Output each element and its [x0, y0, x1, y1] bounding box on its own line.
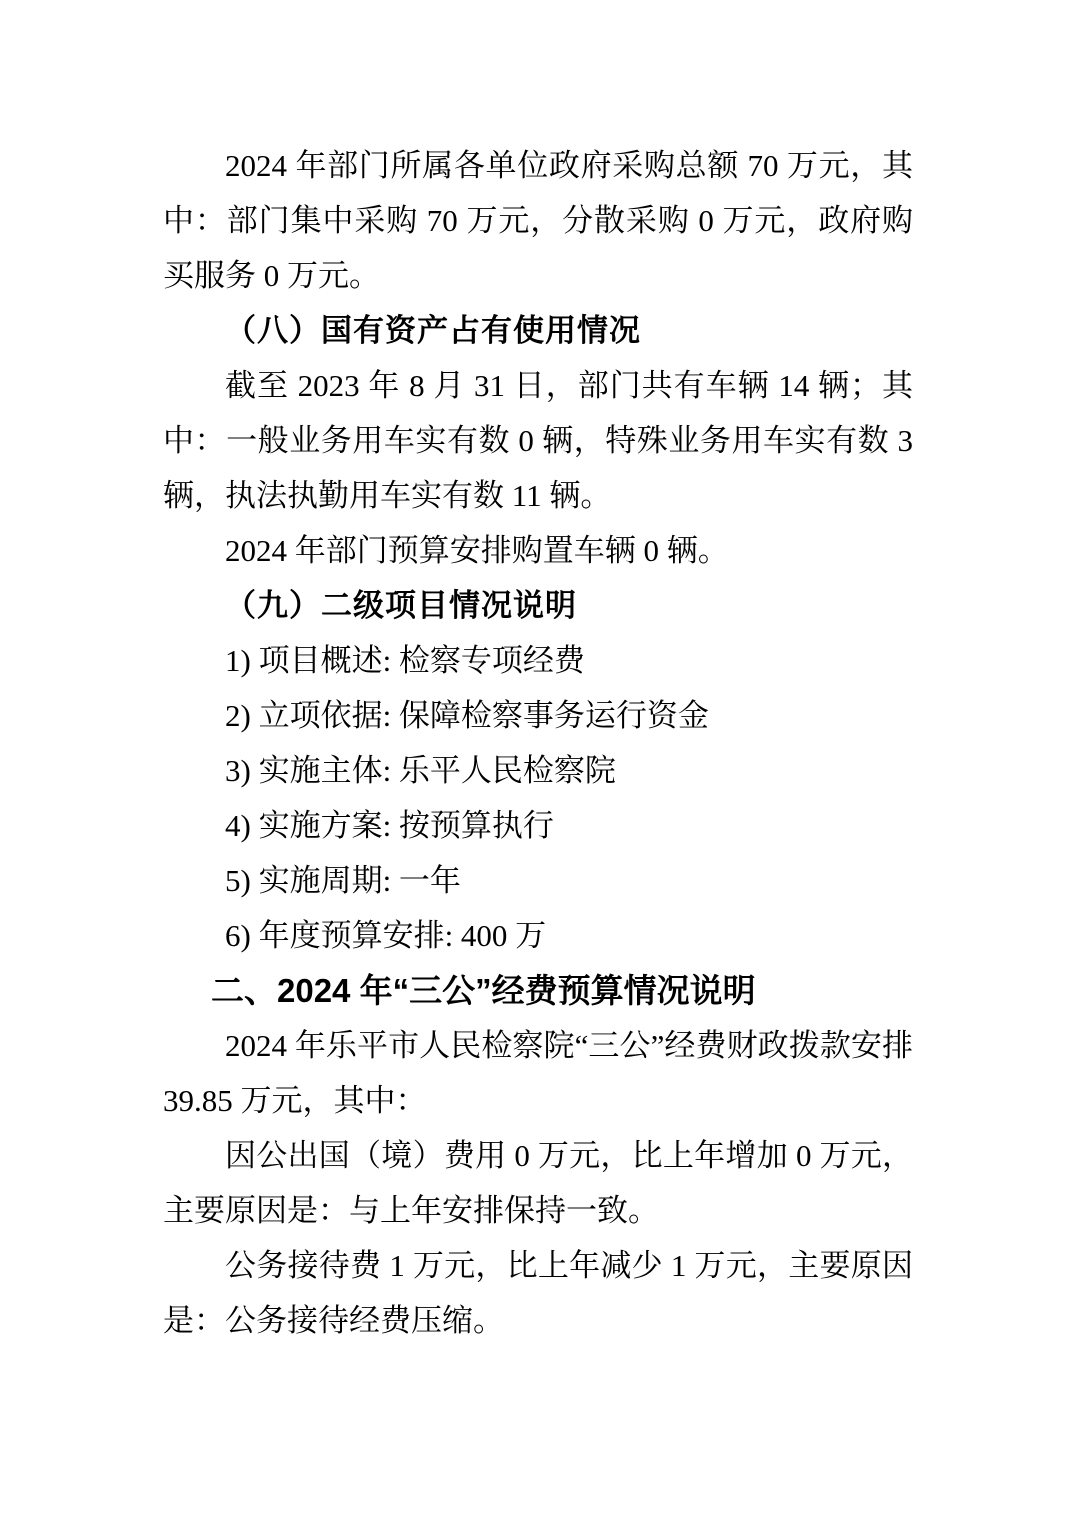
section-heading-9-project-description: （九）二级项目情况说明 [163, 578, 913, 633]
document-page: 2024 年部门所属各单位政府采购总额 70 万元，其中：部门集中采购 70 万… [0, 0, 1074, 1520]
paragraph-overseas-travel-expense: 因公出国（境）费用 0 万元，比上年增加 0 万元，主要原因是：与上年安排保持一… [163, 1128, 913, 1238]
list-item-implementation-period: 5) 实施周期: 一年 [163, 853, 913, 908]
list-item-implementing-body: 3) 实施主体: 乐平人民检察院 [163, 743, 913, 798]
paragraph-official-reception-expense: 公务接待费 1 万元，比上年减少 1 万元，主要原因是：公务接待经费压缩。 [163, 1238, 913, 1348]
list-item-implementation-plan: 4) 实施方案: 按预算执行 [163, 798, 913, 853]
list-item-annual-budget: 6) 年度预算安排: 400 万 [163, 908, 913, 963]
section-heading-8-state-assets: （八）国有资产占有使用情况 [163, 303, 913, 358]
paragraph-vehicle-purchase-plan: 2024 年部门预算安排购置车辆 0 辆。 [163, 523, 913, 578]
list-item-project-overview: 1) 项目概述: 检察专项经费 [163, 633, 913, 688]
paragraph-procurement-total: 2024 年部门所属各单位政府采购总额 70 万元，其中：部门集中采购 70 万… [163, 138, 913, 303]
paragraph-three-public-total: 2024 年乐平市人民检察院“三公”经费财政拨款安排 39.85 万元，其中： [163, 1018, 913, 1128]
chapter-heading-three-public-expenses: 二、2024 年“三公”经费预算情况说明 [163, 963, 913, 1018]
list-item-project-basis: 2) 立项依据: 保障检察事务运行资金 [163, 688, 913, 743]
document-body: 2024 年部门所属各单位政府采购总额 70 万元，其中：部门集中采购 70 万… [163, 138, 913, 1348]
paragraph-vehicle-count: 截至 2023 年 8 月 31 日，部门共有车辆 14 辆；其中：一般业务用车… [163, 358, 913, 523]
